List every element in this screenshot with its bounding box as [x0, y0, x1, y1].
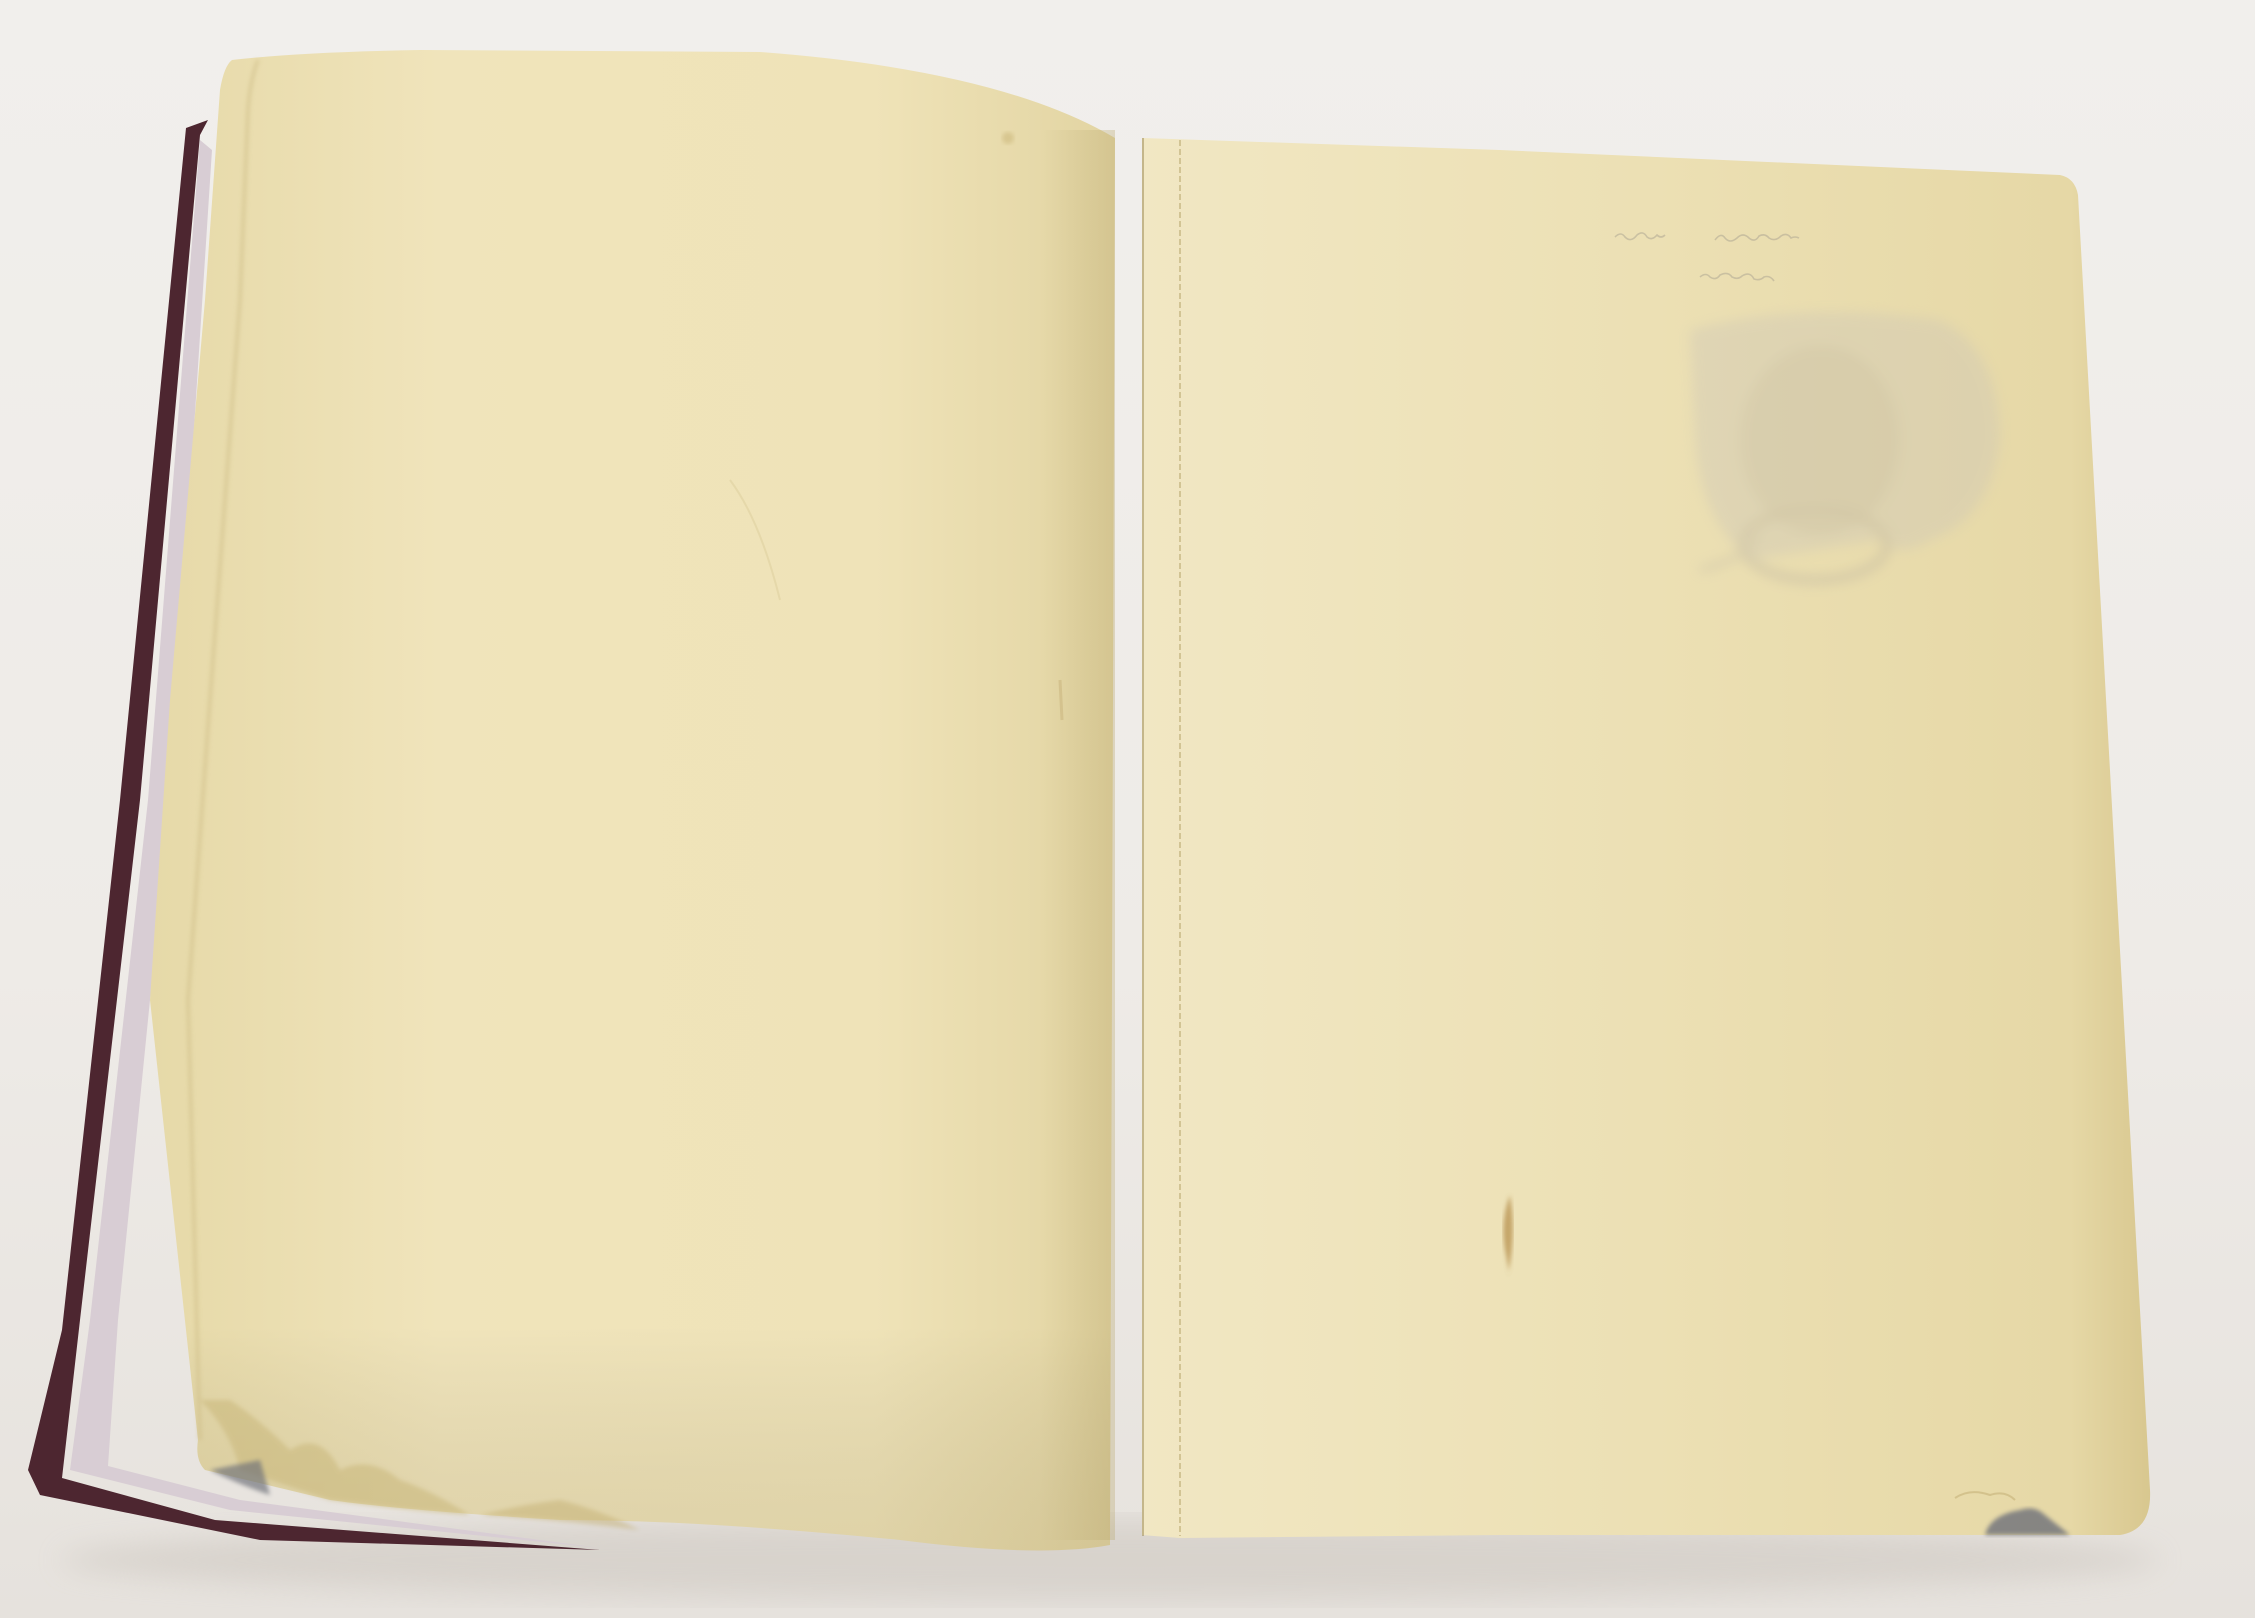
right-page: [1142, 138, 2150, 1538]
left-page: [150, 50, 1115, 1550]
photo-scene: Open antique sketchbook with two abstrac…: [0, 0, 2255, 1618]
sketchbook: [0, 0, 2255, 1618]
